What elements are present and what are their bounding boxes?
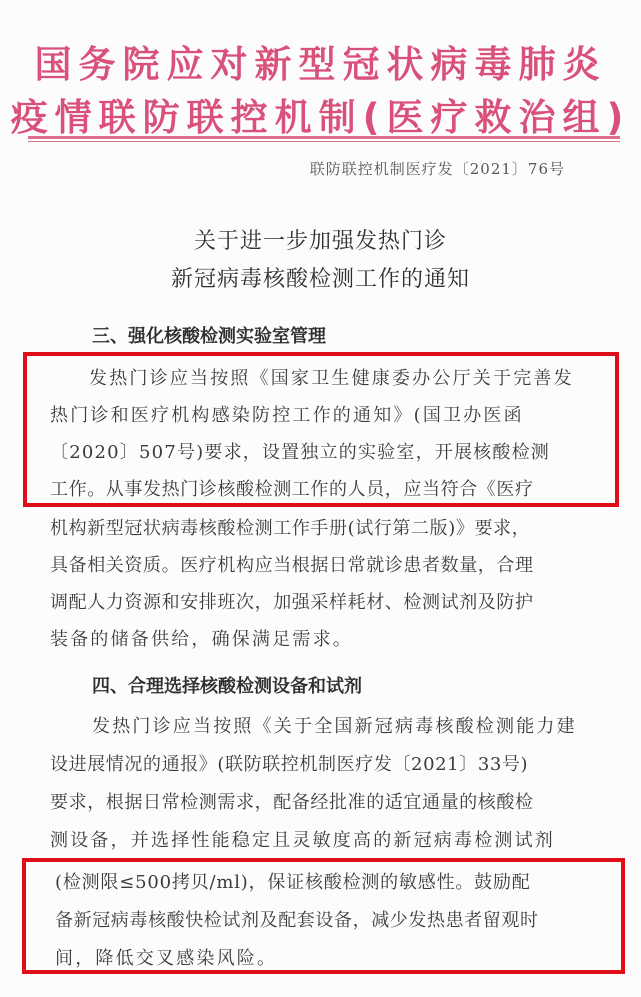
section-heading-4: 四、合理选择核酸检测设备和试剂 [92,672,362,698]
section-heading-3: 三、强化核酸检测实验室管理 [92,322,326,348]
body-line: 要求，根据日常检测需求，配备经批准的适宜通量的核酸检 [50,788,534,814]
body-line: 具备相关资质。医疗机构应当根据日常就诊患者数量，合理 [50,551,534,577]
issuer-header-line-2: 疫情联防联控机制(医疗救治组) [0,87,641,141]
header-divider-thick [28,136,620,139]
body-line: 测设备，并选择性能稳定且灵敏度高的新冠病毒检测试剂 [50,826,555,852]
body-line: 装备的储备供给，确保满足需求。 [50,625,353,651]
body-line: 设进展情况的通报》(联防联控机制医疗发〔2021〕33号) [50,750,528,776]
body-line: 调配人力资源和安排班次，加强采样耗材、检测试剂及防护 [50,588,534,614]
document-number: 联防联控机制医疗发〔2021〕76号 [310,158,565,179]
header-divider-thin [28,141,620,142]
body-line: 发热门诊应当按照《关于全国新冠病毒核酸检测能力建 [92,712,577,738]
highlight-box-section-4 [22,858,625,974]
highlight-box-section-3 [23,352,619,507]
issuer-header-line-1: 国务院应对新型冠状病毒肺炎 [0,34,641,88]
document-title-line-1: 关于进一步加强发热门诊 [0,224,641,255]
document-title-line-2: 新冠病毒核酸检测工作的通知 [0,262,641,293]
body-line: 机构新型冠状病毒核酸检测工作手册(试行第二版)》要求， [50,514,530,540]
